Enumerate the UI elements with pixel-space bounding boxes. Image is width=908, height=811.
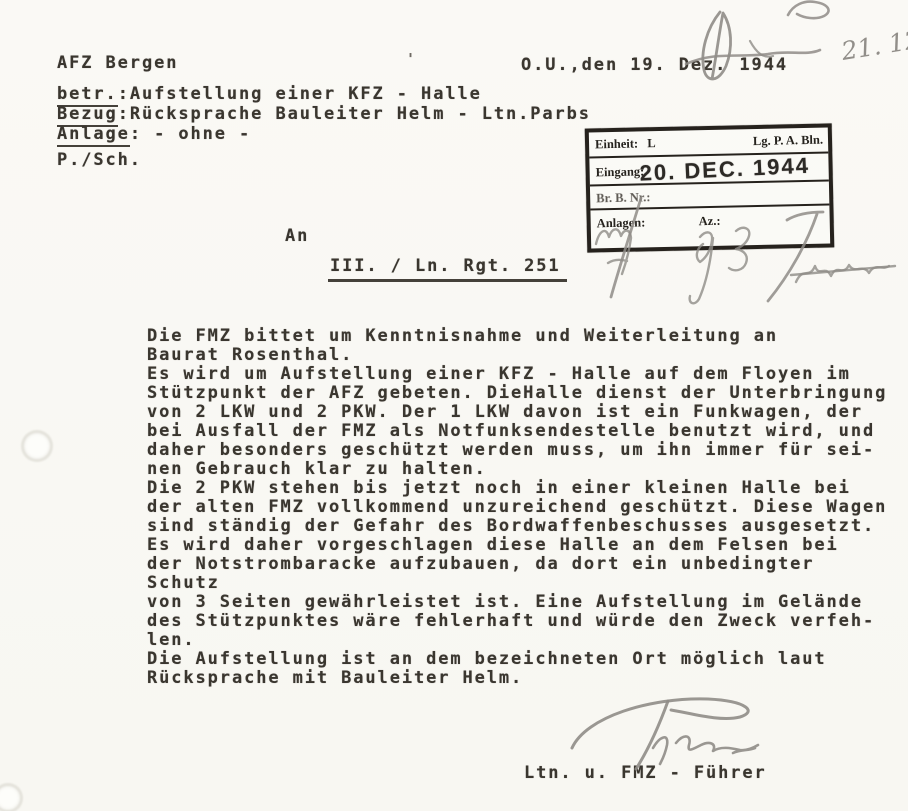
signature-tail <box>676 736 758 753</box>
anlagen-label: Anlagen: <box>597 215 646 230</box>
brief-nr-label: Br. B. Nr.: <box>596 190 651 205</box>
recipient-unit-text: III. / Ln. Rgt. 251 <box>328 256 567 282</box>
letter-body: Die FMZ bittet um Kenntnisnahme und Weit… <box>147 327 892 688</box>
enclosure-value: : - ohne - <box>130 124 251 144</box>
sender-line: AFZ Bergen <box>57 53 178 73</box>
signature-ellipse <box>572 699 748 748</box>
dateline: O.U.,den 19. Dez. 1944 <box>521 55 788 75</box>
stray-type-mark: ' <box>406 50 415 68</box>
einheit-value: L <box>647 136 656 150</box>
enclosure-label: Anlage <box>57 124 130 147</box>
az-label: Az.: <box>699 214 721 229</box>
einheit-label: Einheit: <box>595 136 638 151</box>
hole-punch-mark <box>24 433 50 459</box>
subject-value: :Aufstellung einer KFZ - Halle <box>118 84 482 104</box>
crossed-out-word-scribble <box>796 265 889 282</box>
strike-through-line <box>791 266 895 275</box>
stamp-row-anlagen: Anlagen: Az.: <box>590 205 830 248</box>
corner-pencil-scribble <box>788 2 829 19</box>
typist-initials: P./Sch. <box>57 150 142 170</box>
reference-value: :Rücksprache Bauleiter Helm - Ltn.Parbs <box>118 104 591 124</box>
office-label: Lg. P. A. Bln. <box>753 133 823 149</box>
closing-title: Ltn. u. FMZ - Führer <box>524 763 767 783</box>
handwritten-date-note: 21. 12. <box>838 24 908 66</box>
eingang-label: Eingang: <box>596 164 645 179</box>
salutation: An <box>285 226 309 246</box>
hole-punch-mark <box>0 786 20 810</box>
scanned-letter-page: AFZ Bergen O.U.,den 19. Dez. 1944 betr.:… <box>0 0 908 811</box>
receipt-stamp-box: Einheit: L Lg. P. A. Bln. Eingang: Br. B… <box>585 123 835 252</box>
signature-downstroke <box>636 701 668 769</box>
enclosure-line: Anlage: - ohne - <box>57 124 251 147</box>
signature-letter-a <box>653 737 667 764</box>
recipient-unit: III. / Ln. Rgt. 251 <box>328 256 567 276</box>
